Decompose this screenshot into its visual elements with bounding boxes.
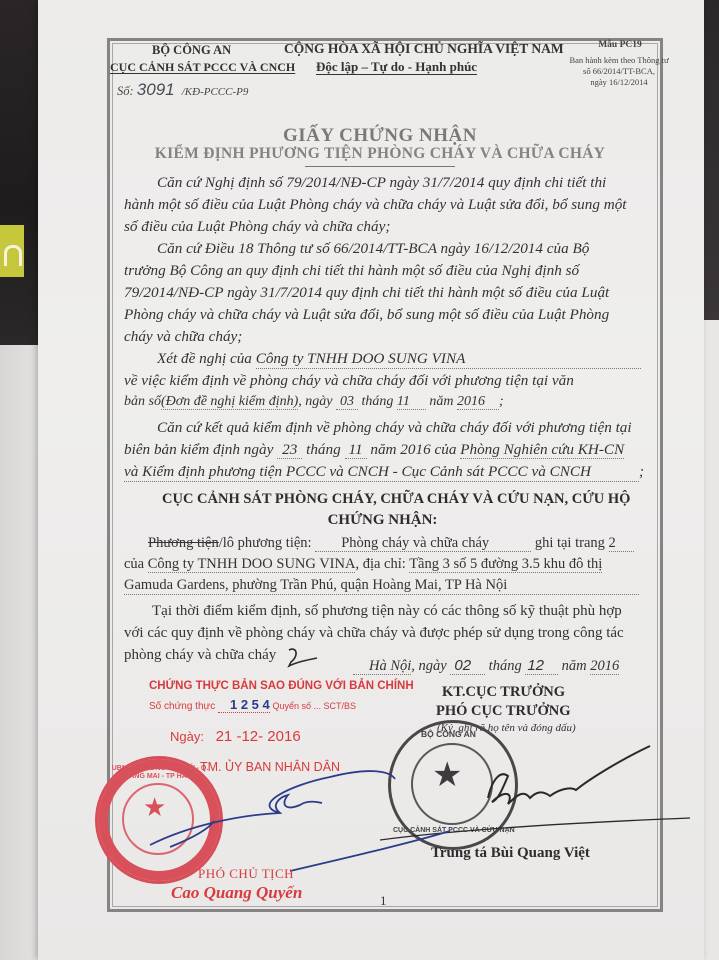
issue-place: Hà Nội xyxy=(353,658,411,675)
owner-company: Công ty TNHH DOO SUNG VINA xyxy=(148,556,356,573)
certificate-title: GIẤY CHỨNG NHẬN xyxy=(0,125,719,147)
issue-nam: năm xyxy=(562,658,587,674)
signer-role-1: KT.CỤC TRƯỞNG xyxy=(442,684,565,701)
vehicle-label: /lô phương tiện: xyxy=(219,535,312,551)
para4-line3: và Kiểm định phương tiện PCCC và CNCH - … xyxy=(124,463,644,482)
form-code: Mẫu PC19 xyxy=(572,40,668,51)
cert-para-line3: phòng cháy và chữa cháy xyxy=(124,647,276,664)
para3-prefix: Xét đề nghị của xyxy=(157,350,252,367)
cert-number-suffix: Quyển số ... SCT/BS xyxy=(273,701,357,711)
applicant-company: Công ty TNHH DOO SUNG VINA xyxy=(256,350,641,369)
ward-position: PHÓ CHỦ TỊCH xyxy=(198,866,294,882)
struck-label: Phương tiện xyxy=(148,535,219,551)
certifies-heading: CHỨNG NHẬN: xyxy=(0,512,719,529)
ministry-name: BỘ CÔNG AN xyxy=(152,43,231,58)
agency-heading: CỤC CẢNH SÁT PHÒNG CHÁY, CHỮA CHÁY VÀ CỨ… xyxy=(162,491,630,508)
green-sticker xyxy=(0,225,24,277)
para2-line1: Căn cứ Điều 18 Thông tư số 66/2014/TT-BC… xyxy=(157,240,589,258)
para3-doc-prefix: bản số xyxy=(124,394,161,409)
request-month: 11 xyxy=(397,394,426,410)
address-line1: Tầng 3 số 5 đường 3.5 khu đô thị xyxy=(409,556,602,573)
motto-text: Độc lập – Tự do - Hạnh phúc xyxy=(316,59,477,74)
desk-background xyxy=(0,0,42,345)
certified-copy-number: Số chứng thực 1 2 5 4 Quyển số ... SCT/B… xyxy=(149,697,356,712)
para3-ngay: ngày xyxy=(305,394,332,409)
inspection-month: 11 xyxy=(345,441,367,459)
national-motto: Độc lập – Tự do - Hạnh phúc xyxy=(316,59,477,75)
para4-prefix: biên bản kiểm định ngày xyxy=(124,441,273,458)
cert-line2: của Công ty TNHH DOO SUNG VINA, địa chỉ:… xyxy=(124,556,602,573)
certified-copy-date: Ngày: 21 -12- 2016 xyxy=(170,728,301,745)
cert-number-label: Số chứng thực xyxy=(149,701,215,712)
para3-nam: năm xyxy=(429,394,453,409)
department-text: CỤC CẢNH SÁT PCCC VÀ CNCH xyxy=(110,60,295,74)
issue-year: 2016 xyxy=(590,658,619,675)
signer-name: Trung tá Bùi Quang Việt xyxy=(431,845,590,862)
inspection-org-2: và Kiểm định phương tiện PCCC và CNCH - … xyxy=(124,463,639,482)
document-number: Số: 3091 /KĐ-PCCC-P9 xyxy=(117,80,248,100)
handwritten-initial xyxy=(285,646,325,670)
para2-line5: cháy và chữa cháy; xyxy=(124,328,242,346)
page-ref-value: 2 xyxy=(609,535,634,552)
ward-signer: Cao Quang Quyến xyxy=(171,883,302,903)
para1-line1: Căn cứ Nghị định số 79/2014/NĐ-CP ngày 3… xyxy=(157,174,606,192)
para4-line1: Căn cứ kết quả kiểm định về phòng cháy v… xyxy=(157,419,632,437)
para2-line4: Phòng cháy và chữa cháy và Luật sửa đổi,… xyxy=(124,306,609,324)
para2-line2: trưởng Bộ Công an quy định chi tiết thi … xyxy=(124,262,579,280)
form-note-1: Ban hành kèm theo Thông tư xyxy=(567,55,671,66)
cert-date-value: 21 -12- 2016 xyxy=(216,728,301,745)
issue-day: 02 xyxy=(450,657,485,675)
para4-thang: tháng xyxy=(306,441,341,458)
certified-copy-heading: CHỨNG THỰC BẢN SAO ĐÚNG VỚI BẢN CHÍNH xyxy=(149,680,414,692)
request-document: (Đơn đề nghị kiểm định) xyxy=(161,394,298,410)
department-name: CỤC CẢNH SÁT PCCC VÀ CNCH xyxy=(110,60,295,75)
address-line2: Gamuda Gardens, phường Trần Phú, quận Ho… xyxy=(124,577,639,595)
issue-ngay: , ngày xyxy=(411,658,446,674)
cert-line3: Gamuda Gardens, phường Trần Phú, quận Ho… xyxy=(124,577,639,595)
signer-role-2: PHÓ CỤC TRƯỞNG xyxy=(436,703,571,720)
cert-line1: Phương tiện/lô phương tiện: Phòng cháy v… xyxy=(148,535,634,552)
form-note-3: ngày 16/12/2014 xyxy=(567,77,671,88)
form-note-2: số 66/2014/TT-BCA, xyxy=(567,66,671,77)
certificate-subtitle: KIỂM ĐỊNH PHƯƠNG TIỆN PHÒNG CHÁY VÀ CHỮA… xyxy=(0,145,719,163)
para4-line2: biên bản kiểm định ngày 23 tháng 11 năm … xyxy=(124,441,624,459)
inspection-org-1: Phòng Nghiên cứu KH-CN xyxy=(460,441,624,459)
para3-line2: về việc kiểm định về phòng cháy và chữa … xyxy=(124,372,574,390)
issue-thang: tháng xyxy=(489,658,522,674)
page-number: 1 xyxy=(380,893,387,909)
title-underline xyxy=(305,166,455,167)
para3-line1: Xét đề nghị của Công ty TNHH DOO SUNG VI… xyxy=(157,350,641,369)
para3-line3: bản số(Đơn đề nghị kiểm định), ngày 03 t… xyxy=(124,394,504,410)
issue-date: Hà Nội, ngày 02 tháng 12 năm 2016 xyxy=(353,657,619,675)
number-value: 3091 xyxy=(137,80,175,99)
number-suffix: /KĐ-PCCC-P9 xyxy=(182,86,249,98)
para1-line2: hành một số điều của Luật Phòng cháy và … xyxy=(124,196,627,214)
vehicle-type: Phòng cháy và chữa cháy xyxy=(315,535,531,552)
issue-month: 12 xyxy=(525,657,558,675)
cert-date-label: Ngày: xyxy=(170,729,204,744)
ward-signature xyxy=(130,765,450,875)
cert-number-value: 1 2 5 4 xyxy=(218,697,270,713)
para1-line3: số điều của Luật Phòng cháy và chữa cháy… xyxy=(124,218,390,236)
cert-para-line2: với các quy định về phòng cháy và chữa c… xyxy=(124,625,624,642)
cert-para-line1: Tại thời điểm kiểm định, số phương tiện … xyxy=(152,603,622,620)
inspection-day: 23 xyxy=(277,441,302,459)
desk-surface xyxy=(0,345,40,960)
country-name: CỘNG HÒA XÃ HỘI CHỦ NGHĨA VIỆT NAM xyxy=(284,41,564,57)
inspection-year: năm 2016 của xyxy=(370,441,456,458)
request-day: 03 xyxy=(336,394,358,410)
para2-line3: 79/2014/NĐ-CP ngày 31/7/2014 quy định ch… xyxy=(124,284,609,302)
page-ref-label: ghi tại trang xyxy=(535,535,605,551)
number-label: Số: xyxy=(117,84,134,98)
request-year: 2016 xyxy=(457,394,499,410)
para3-thang: tháng xyxy=(362,394,394,409)
address-label: , địa chỉ: xyxy=(355,556,405,572)
owner-prefix: của xyxy=(124,556,144,572)
